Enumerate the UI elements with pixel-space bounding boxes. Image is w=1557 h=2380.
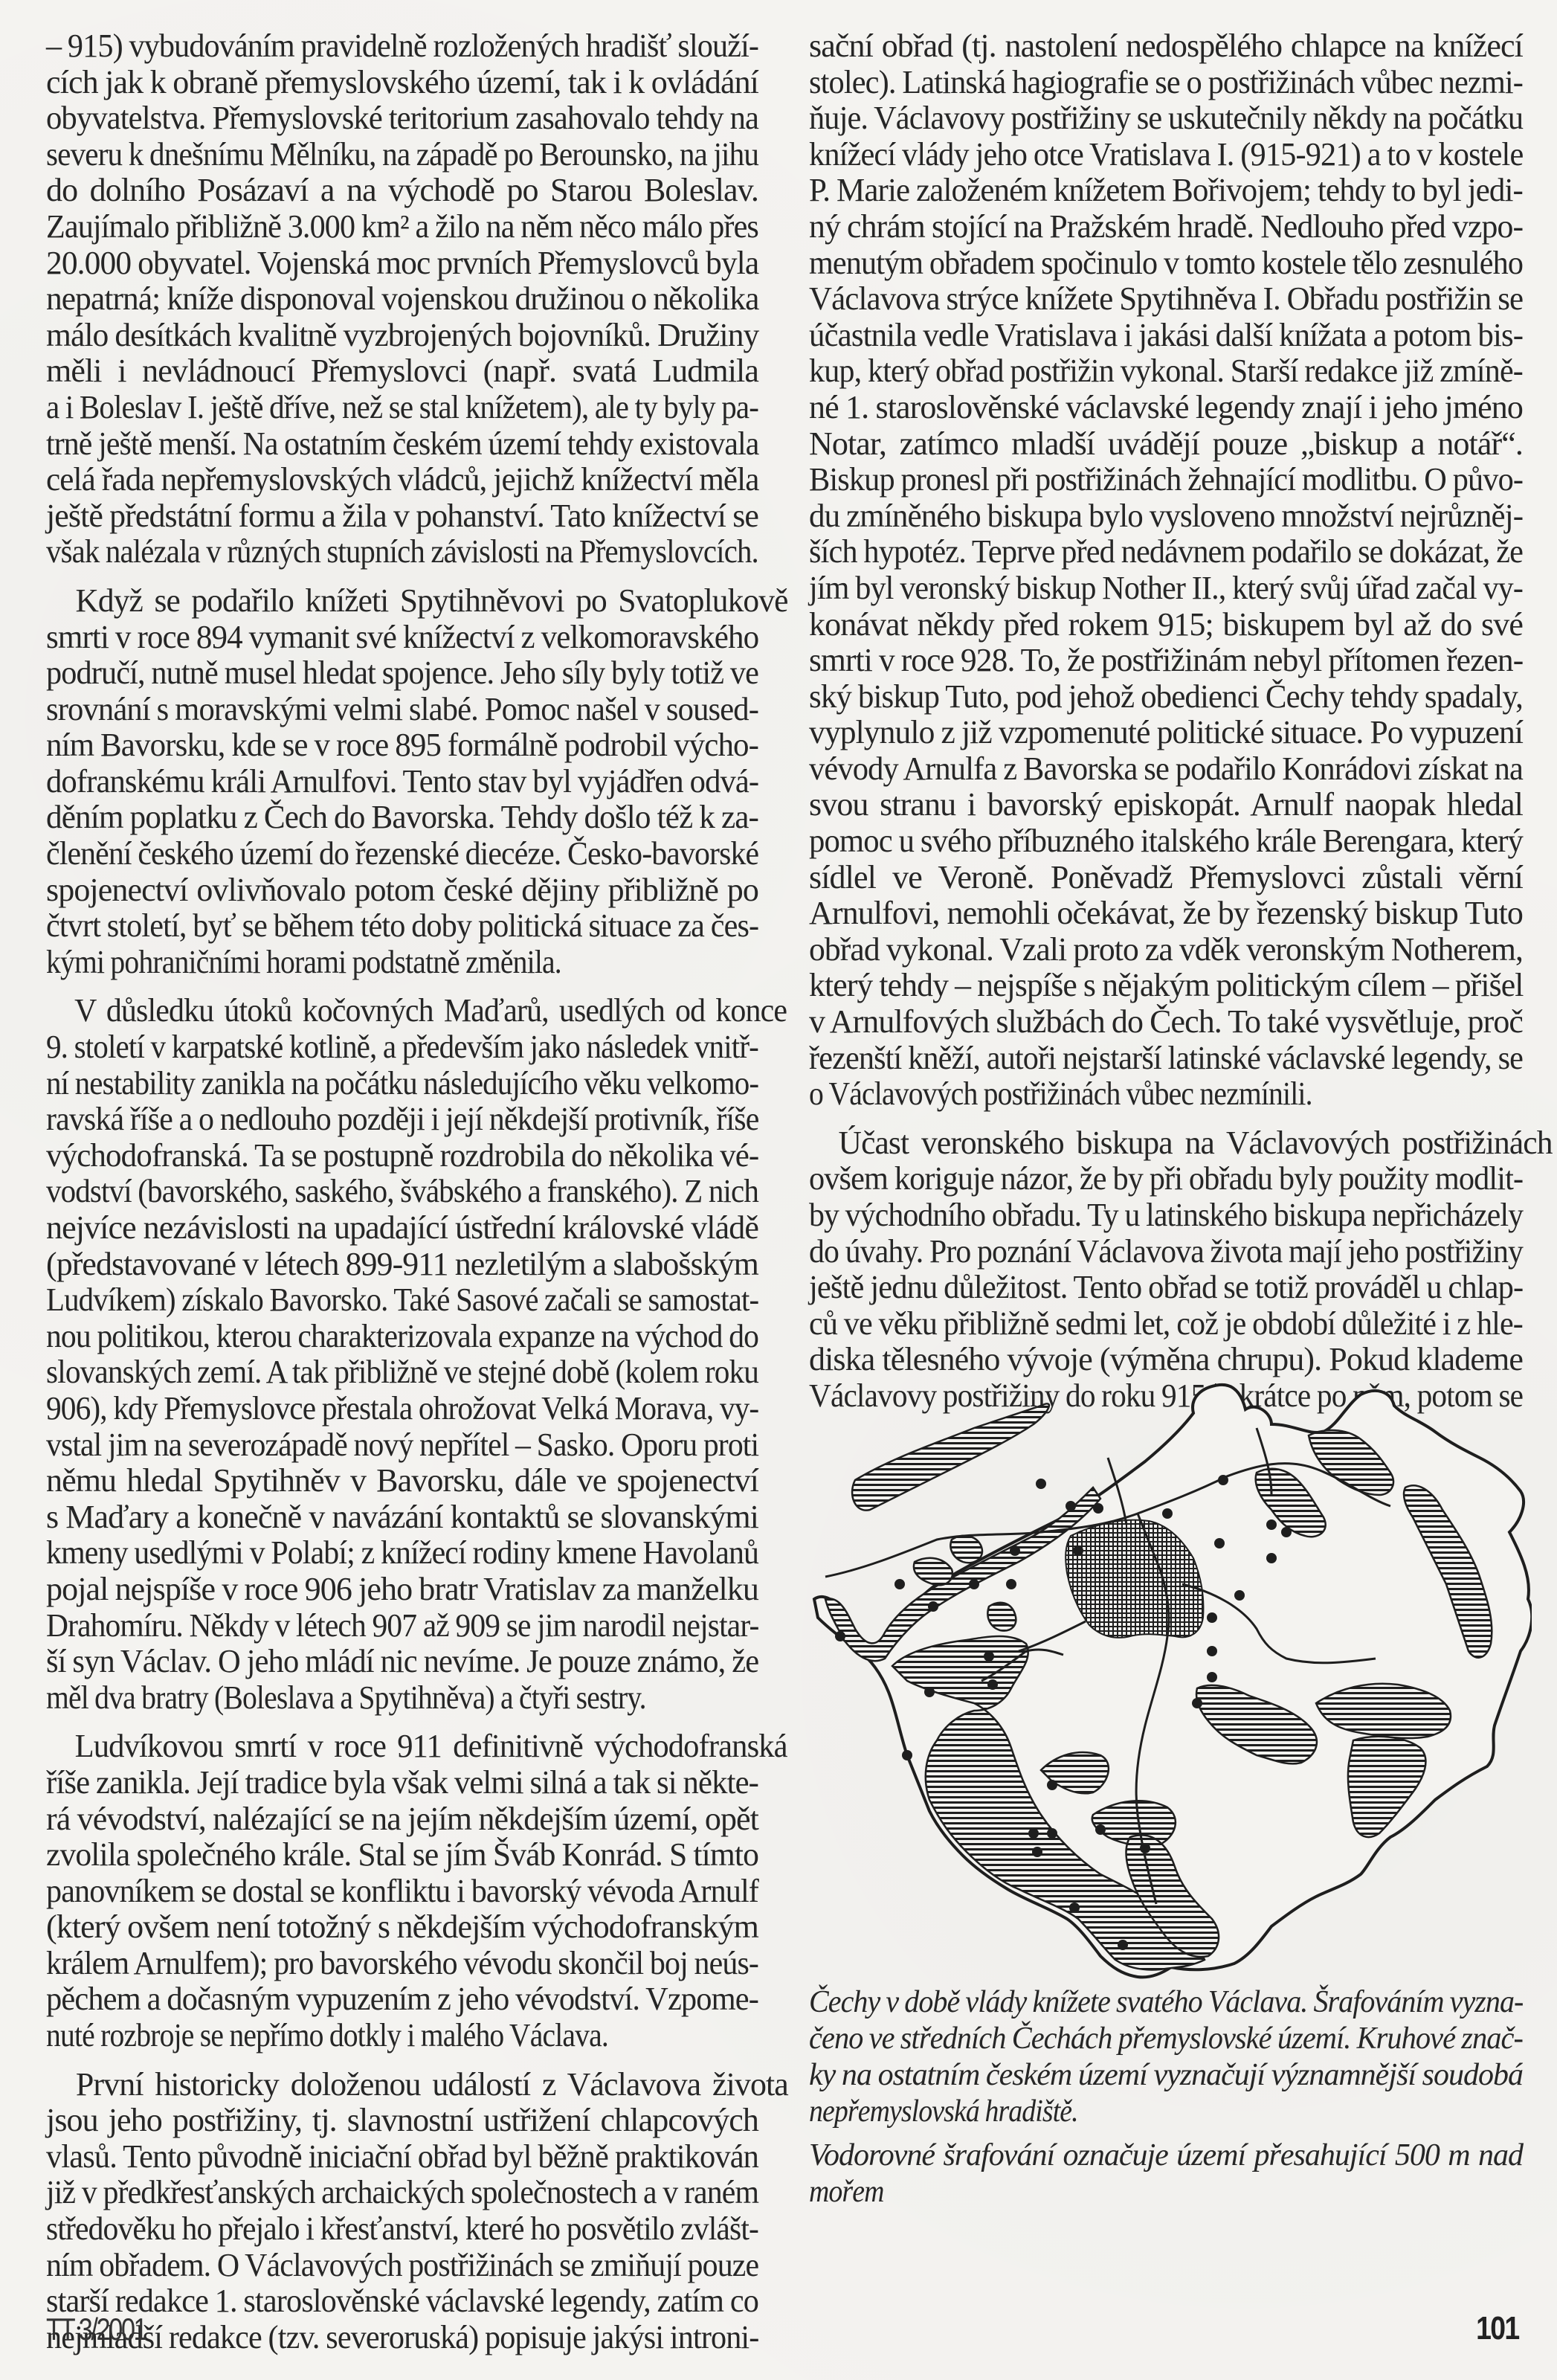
paragraph: V důsledku útoků kočovných Maďarů, usedl…: [46, 993, 758, 1716]
text-line: Vodorovné šrafování označuje území přesa…: [809, 2138, 1523, 2174]
text-line: područí, nutně musel hledat spojence. Je…: [46, 655, 758, 692]
text-line: ní nestability zanikla na počátku násled…: [46, 1066, 758, 1102]
text-line: měli i nevládnoucí Přemyslovci (např. sv…: [46, 353, 758, 390]
text-line: starší redakce 1. staroslověnské václavs…: [46, 2283, 758, 2320]
figure-caption: Čechy v době vlády knížete svatého Václa…: [809, 1984, 1523, 2218]
text-line: ky na ostatním českém území vyznačují vý…: [809, 2057, 1523, 2094]
text-line: který tehdy – nejspíše s nějakým politic…: [809, 968, 1523, 1004]
text-line: Ludvíkem) získalo Bavorsko. Také Sasové …: [46, 1282, 758, 1319]
text-line: pomoc u svého příbuzného italského krále…: [809, 823, 1523, 860]
text-line: menutým obřadem spočinulo v tomto kostel…: [809, 245, 1523, 282]
map-of-bohemia-icon: [796, 1354, 1532, 1986]
text-line: nou politikou, kterou charakterizovala e…: [46, 1319, 758, 1355]
text-line: však nalézala v různých stupních závislo…: [46, 534, 758, 570]
text-line: du zmíněného biskupa bylo vysloveno množ…: [809, 498, 1523, 535]
text-line: nuté rozbroje se nepřímo dotkly i malého…: [46, 2018, 608, 2054]
text-line: Notar, zatímco mladší uvádějí pouze „bis…: [809, 426, 1523, 463]
text-line: severu k dnešnímu Mělníku, na západě po …: [46, 137, 758, 173]
text-line: smrti v roce 894 vymanit své knížectví z…: [46, 620, 758, 656]
text-line: V důsledku útoků kočovných Maďarů, usedl…: [46, 993, 787, 1029]
text-line: ců ve věku přibližně sedmi let, což je o…: [809, 1306, 1523, 1342]
text-line: ský biskup Tuto, pod jehož obedienci Čec…: [809, 679, 1523, 715]
text-line: celá řada nepřemyslovských vládců, jejic…: [46, 462, 758, 498]
paragraph: Ludvíkovou smrtí v roce 911 definitivně …: [46, 1728, 758, 2053]
text-line: s Maďary a konečně v navázání kontaktů s…: [46, 1499, 758, 1536]
text-line: 20.000 obyvatel. Vojenská moc prvních Př…: [46, 245, 758, 282]
text-line: První historicky doloženou událostí z Vá…: [46, 2067, 788, 2103]
text-line: 9. století v karpatské kotlině, a předev…: [46, 1029, 758, 1066]
text-line: ňuje. Václavovy postřižiny se uskutečnil…: [809, 100, 1523, 137]
text-line: né 1. staroslověnské václavské legendy z…: [809, 390, 1523, 426]
text-line: do dolního Posázaví a na východě po Star…: [46, 173, 758, 209]
text-line: pojal nejspíše v roce 906 jeho bratr Vra…: [46, 1572, 758, 1608]
text-line: – 915) vybudováním pravidelně rozloženýc…: [46, 28, 758, 65]
text-line: spojenectví ovlivňovalo potom české ději…: [46, 872, 758, 909]
text-line: 906), kdy Přemyslovce přestala ohrožovat…: [46, 1391, 758, 1427]
text-line: málo desítkách kvalitně vyzbrojených boj…: [46, 318, 758, 354]
text-line: nejvíce nezávislosti na upadající ústřed…: [46, 1210, 758, 1247]
paragraph: Vodorovné šrafování označuje území přesa…: [809, 2138, 1523, 2210]
text-line: nepatrná; kníže disponoval vojenskou dru…: [46, 281, 758, 318]
text-line: členění českého území do řezenské diecéz…: [46, 836, 758, 872]
text-line: knížecí vlády jeho otce Vratislava I. (9…: [809, 137, 1523, 173]
text-line: němu hledal Spytihněv v Bavorsku, dále v…: [46, 1463, 758, 1499]
text-line: měl dva bratry (Boleslava a Spytihněva) …: [46, 1680, 645, 1717]
text-line: P. Marie založeném knížetem Bořivojem; t…: [809, 173, 1523, 209]
text-line: středověku ho přejalo i křesťanství, kte…: [46, 2211, 758, 2248]
text-line: Drahomíru. Někdy v létech 907 až 909 se …: [46, 1608, 758, 1644]
text-line: vévody Arnulfa z Bavorska se podařilo Ko…: [809, 751, 1523, 788]
right-text-column: sační obřad (tj. nastolení nedospělého c…: [809, 28, 1523, 1427]
text-line: Čechy v době vlády knížete svatého Václa…: [809, 1984, 1523, 2021]
text-line: panovníkem se dostal se konfliktu i bavo…: [46, 1874, 758, 1910]
text-line: a i Boleslav I. ještě dříve, než se stal…: [46, 390, 758, 426]
text-line: nepřemyslovská hradiště.: [809, 2094, 1078, 2130]
text-line: (který ovšem není totožný s někdejším vý…: [46, 1909, 758, 1946]
text-line: Účast veronského biskupa na Václavových …: [809, 1125, 1553, 1162]
text-line: vstal jim na severozápadě nový nepřítel …: [46, 1427, 758, 1464]
journal-issue-label: TT 3/2001: [46, 2312, 146, 2347]
left-text-column: – 915) vybudováním pravidelně rozloženýc…: [46, 28, 758, 2368]
text-line: Ludvíkovou smrtí v roce 911 definitivně …: [46, 1728, 787, 1765]
text-line: účastnila vedle Vratislava i jakási dalš…: [809, 318, 1523, 354]
text-line: by východního obřadu. Ty u latinského bi…: [809, 1197, 1523, 1234]
text-line: vyplynulo z již vzpomenuté politické sit…: [809, 715, 1523, 751]
text-line: králem Arnulfem); pro bavorského vévodu …: [46, 1946, 758, 1982]
text-line: cích jak k obraně přemyslovského území, …: [46, 65, 758, 101]
text-line: ších hypotéz. Teprve před nedávnem podař…: [809, 534, 1523, 570]
text-line: říše zanikla. Její tradice byla však vel…: [46, 1765, 758, 1801]
text-line: Zaujímalo přibližně 3.000 km² a žilo na …: [46, 209, 758, 245]
text-line: vodství (bavorského, saského, švábského …: [46, 1174, 758, 1210]
text-line: Václavova strýce knížete Spytihněva I. O…: [809, 281, 1523, 318]
text-line: jsou jeho postřižiny, tj. slavnostní ust…: [46, 2103, 758, 2139]
text-line: ještě předstátní formu a žila v pohanstv…: [46, 498, 758, 535]
text-line: o Václavových postřižinách vůbec nezmíni…: [809, 1076, 1312, 1113]
text-line: sídlel ve Veroně. Poněvadž Přemyslovci z…: [809, 860, 1523, 896]
text-line: ještě jednu důležitost. Tento obřad se t…: [809, 1270, 1523, 1306]
text-line: Když se podařilo knížeti Spytihněvovi po…: [46, 583, 787, 620]
text-line: kmeny usedlými v Polabí; z knížecí rodin…: [46, 1535, 758, 1572]
text-line: pěchem a dočasným vypuzením z jeho vévod…: [46, 1981, 758, 2018]
map-figure-bohemia: [796, 1354, 1532, 1986]
text-line: slovanských zemí. A tak přibližně ve ste…: [46, 1354, 758, 1391]
text-line: kup, který obřad postřižin vykonal. Star…: [809, 353, 1523, 390]
text-line: dofranskému králi Arnulfovi. Tento stav …: [46, 764, 758, 800]
text-line: ší syn Václav. O jeho mládí nic nevíme. …: [46, 1644, 758, 1680]
text-line: mořem: [809, 2174, 884, 2210]
paragraph: sační obřad (tj. nastolení nedospělého c…: [809, 28, 1523, 1113]
text-line: rá vévodství, nalézající se na jejím něk…: [46, 1801, 758, 1838]
text-line: ravská říše a o nedlouho později i její …: [46, 1101, 758, 1138]
text-line: ním Bavorsku, kde se v roce 895 formálně…: [46, 727, 758, 764]
text-line: ný chrám stojící na Pražském hradě. Nedl…: [809, 209, 1523, 245]
text-line: vlasů. Tento původně iniciační obřad byl…: [46, 2139, 758, 2175]
page-number: 101: [1476, 2310, 1518, 2347]
text-line: stolec). Latinská hagiografie se o postř…: [809, 65, 1523, 101]
text-line: srovnání s moravskými velmi slabé. Pomoc…: [46, 692, 758, 728]
paragraph: Když se podařilo knížeti Spytihněvovi po…: [46, 583, 758, 981]
text-line: obyvatelstva. Přemyslovské teritorium za…: [46, 100, 758, 137]
text-line: konávat někdy před rokem 915; biskupem b…: [809, 607, 1523, 643]
paragraph: Čechy v době vlády knížete svatého Václa…: [809, 1984, 1523, 2130]
paragraph: První historicky doloženou událostí z Vá…: [46, 2067, 758, 2356]
text-line: Biskup pronesl při postřižinách žehnajíc…: [809, 462, 1523, 498]
text-line: sační obřad (tj. nastolení nedospělého c…: [809, 28, 1523, 65]
text-line: čtvrt století, byť se během této doby po…: [46, 908, 758, 945]
text-line: smrti v roce 928. To, že postřižinám neb…: [809, 643, 1523, 679]
text-line: svou stranu i bavorský episkopát. Arnulf…: [809, 787, 1523, 823]
text-line: v Arnulfových službách do Čech. To také …: [809, 1004, 1523, 1041]
text-line: kými pohraničními horami podstatně změni…: [46, 945, 561, 981]
text-line: řezenští kněží, autoři nejstarší latinsk…: [809, 1041, 1523, 1077]
text-line: čeno ve středních Čechách přemyslovské ú…: [809, 2021, 1523, 2057]
text-line: východofranská. Ta se postupně rozdrobil…: [46, 1138, 758, 1174]
text-line: jím byl veronský biskup Nother II., kter…: [809, 570, 1523, 607]
text-line: ním obřadem. O Václavových postřižinách …: [46, 2248, 758, 2284]
text-line: trně ještě menší. Na ostatním českém úze…: [46, 426, 758, 463]
text-line: nejmladší redakce (tzv. severoruská) pop…: [46, 2320, 758, 2356]
text-line: (představované v létech 899-911 nezletil…: [46, 1247, 758, 1283]
paragraph: – 915) vybudováním pravidelně rozloženýc…: [46, 28, 758, 570]
text-line: do úvahy. Pro poznání Václavova života m…: [809, 1234, 1523, 1270]
text-line: již v předkřesťanských archaických spole…: [46, 2175, 758, 2211]
text-line: ovšem koriguje názor, že by při obřadu b…: [809, 1161, 1523, 1197]
text-line: obřad vykonal. Vzali proto za vděk veron…: [809, 932, 1523, 968]
text-line: děním poplatku z Čech do Bavorska. Tehdy…: [46, 800, 758, 836]
text-line: Arnulfovi, nemohli očekávat, že by řezen…: [809, 895, 1523, 932]
text-line: zvolila společného krále. Stal se jím Šv…: [46, 1837, 758, 1874]
